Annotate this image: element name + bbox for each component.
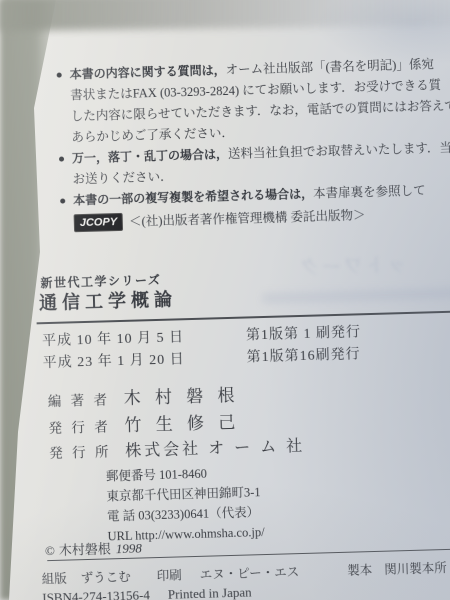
- isbn-number: ISBN4-274-13156-4: [42, 587, 150, 600]
- notice-text: お送りください．: [72, 169, 172, 186]
- notice-lead: 本書の一部の複写複製を希望される場合は，: [73, 187, 313, 208]
- publisher-label: 発 行 者: [48, 415, 115, 437]
- typeset-company: ずうこむ: [81, 570, 131, 585]
- bullet-icon: [60, 198, 65, 203]
- notice-lead: 万一，落丁・乱丁の場合は，: [72, 147, 228, 165]
- publication-info: 編 著 者木 村 磐 根 発 行 者竹 生 修 己 発 行 所株式会社 オ ー …: [47, 379, 305, 467]
- binding-label: 製本: [347, 563, 372, 578]
- address-block: 郵便番号 101-8460 東京都千代田区神田錦町3-1 電 話 03(3233…: [106, 462, 265, 546]
- bullet-icon: [59, 157, 64, 162]
- printed-in-japan: Printed in Japan: [168, 584, 252, 600]
- typeset-label: 組版: [42, 572, 67, 587]
- show-through-ghost-text: ットワーク: [297, 248, 408, 280]
- notice-text: 送料当社負担でお取替えいたします．当: [228, 141, 450, 161]
- publisher-name: 竹 生 修 己: [124, 413, 240, 435]
- edition-date: 平成 23 年 1 月 20 日: [42, 347, 247, 375]
- jcopy-logo: JCOPY: [74, 213, 124, 232]
- show-through-ghost-band: [262, 288, 450, 304]
- editor-name: 木 村 磐 根: [123, 386, 239, 408]
- book-colophon-photo: { "colors": { "background_margin": "#8e9…: [0, 0, 450, 600]
- bullet-icon: [57, 73, 62, 78]
- copyright-symbol: ©: [45, 543, 55, 558]
- production-credits: 組版ずうこむ印刷エヌ・ピー・エス製本関川製本所: [41, 558, 446, 587]
- notice-text: 本書扉裏を参照して: [313, 183, 426, 200]
- edition-printing: 第1版第 1 刷発行: [246, 325, 361, 343]
- edition-table: 平成 10 年 10 月 5 日第1版第 1 刷発行 平成 23 年 1 月 2…: [42, 322, 362, 375]
- jcopy-text: ＜(社)出版者著作権管理機構 委託出版物＞: [129, 208, 366, 229]
- notice-text: オーム社出版部「(書名を明記)」係宛: [225, 57, 434, 77]
- office-label: 発 行 所: [49, 440, 116, 462]
- copyright-holder: 木村磐根: [59, 541, 111, 557]
- notice-section: 本書の内容に関する質問は，オーム社出版部「(書名を明記)」係宛 書状またはFAX…: [69, 54, 450, 235]
- binding-company: 関川製本所: [384, 561, 447, 577]
- print-label: 印刷: [157, 568, 182, 583]
- office-name: 株式会社 オ ー ム 社: [125, 438, 305, 460]
- isbn-line: ISBN4-274-13156-4Printed in Japan: [42, 584, 252, 600]
- editor-label: 編 著 者: [47, 388, 114, 410]
- office-row: 発 行 所株式会社 オ ー ム 社: [49, 433, 306, 467]
- copyright-line: ©木村磐根1998: [45, 537, 142, 559]
- book-title: 通信工学概論: [39, 285, 178, 315]
- print-company: エヌ・ピー・エス: [200, 565, 300, 582]
- notice-lead: 本書の内容に関する質問は，: [69, 63, 225, 81]
- book-page: ットワーク 本書の内容に関する質問は，オーム社出版部「(書名を明記)」係宛 書状…: [0, 0, 450, 600]
- edition-printing: 第1版第16刷発行: [246, 347, 360, 365]
- notice-text: あらかじめご了承ください．: [71, 126, 234, 145]
- copyright-year: 1998: [116, 540, 142, 556]
